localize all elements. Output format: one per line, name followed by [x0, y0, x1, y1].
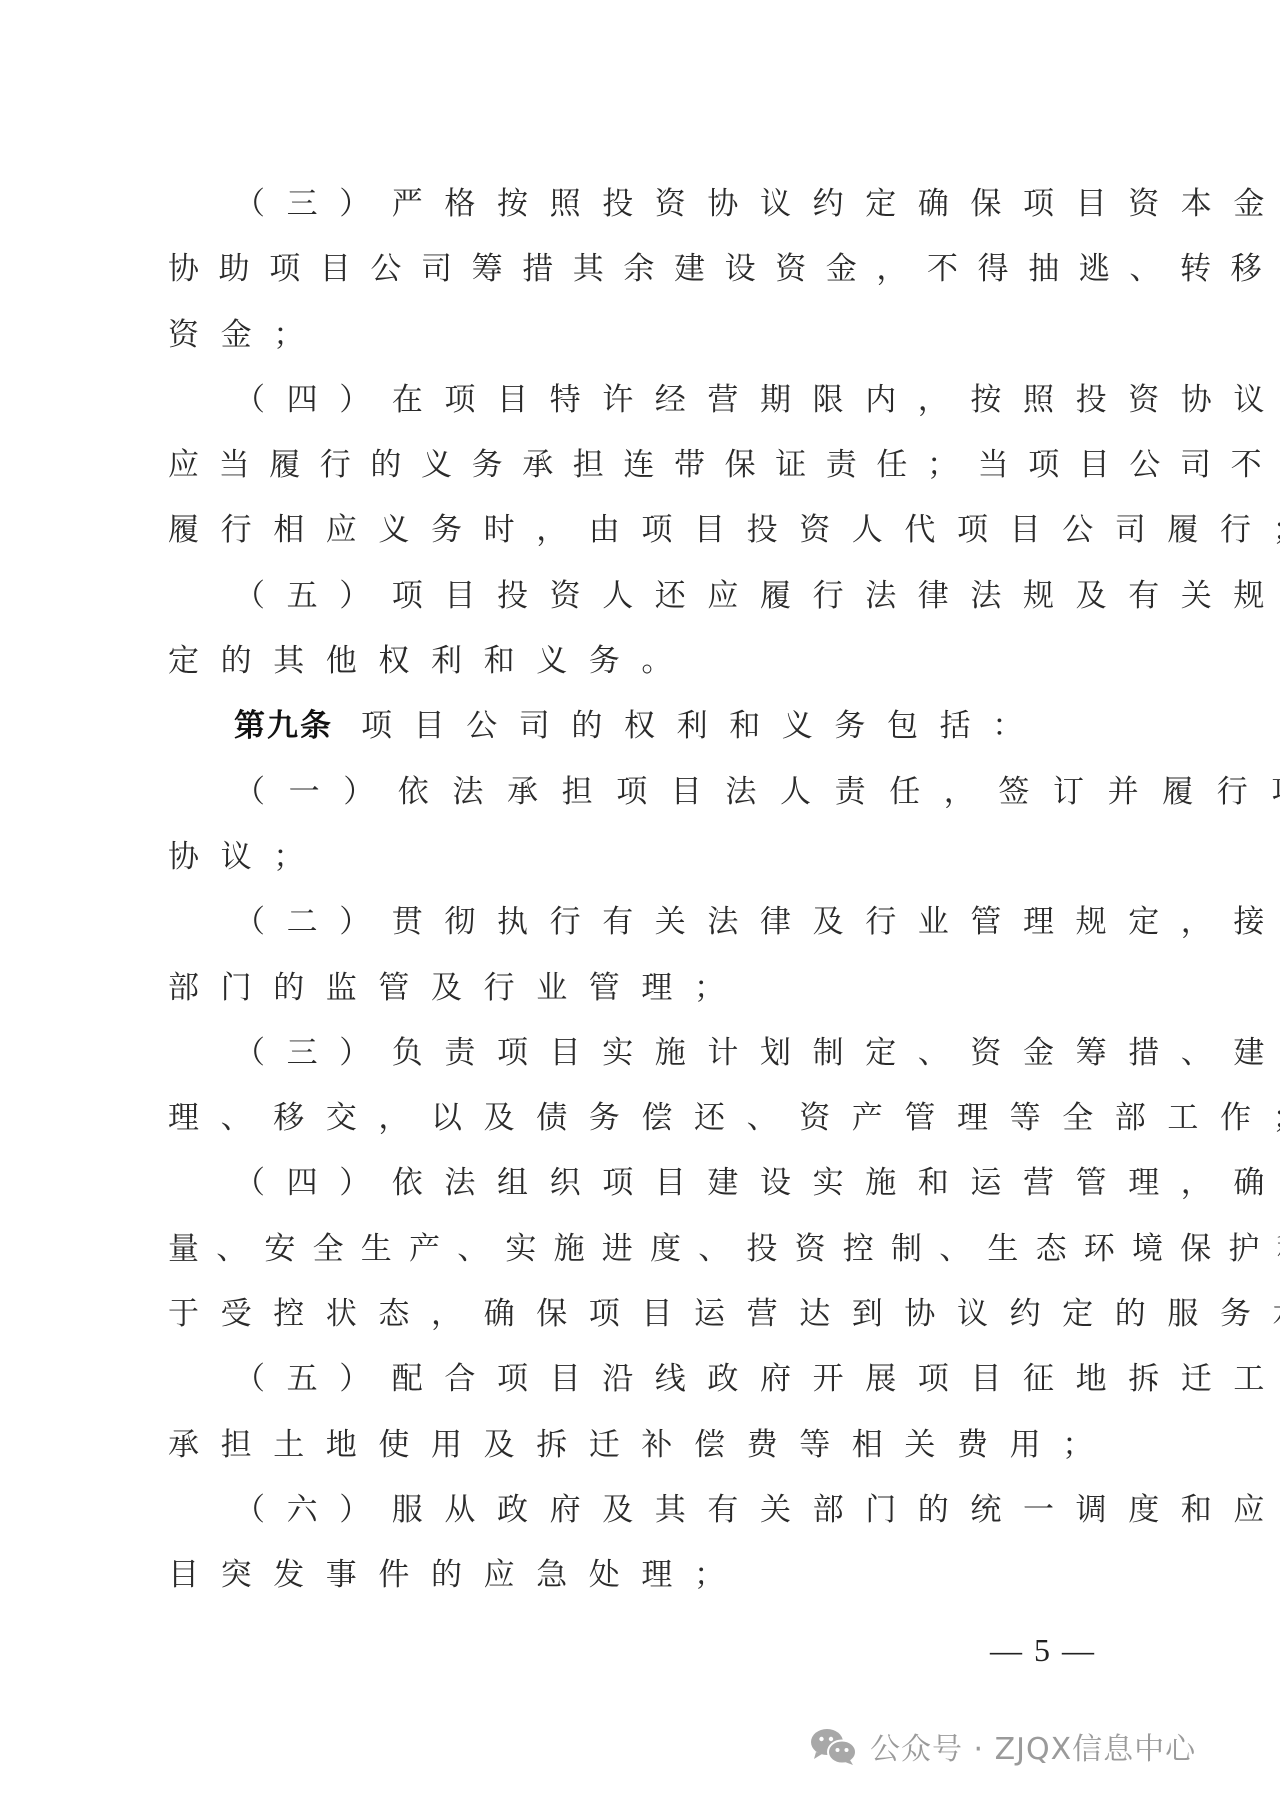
article-9-heading-line: 第九条项目公司的权利和义务包括： [168, 694, 1128, 759]
text-line: （四）在项目特许经营期限内，按照投资协议约定对项目公司 [168, 368, 1128, 433]
article-text: 项目公司的权利和义务包括： [361, 708, 1045, 744]
paragraph-company-1: （一）依法承担项目法人责任，签订并履行项目特许经营 协议； [168, 760, 1128, 891]
text-line: 协助项目公司筹措其余建设资金，不得抽逃、转移或挪用项目建设 [168, 237, 1128, 302]
text-line: 承担土地使用及拆迁补偿费等相关费用； [168, 1413, 1128, 1478]
text-line: 量、安全生产、实施进度、投资控制、生态环境保护和水土保持等处 [168, 1217, 1128, 1282]
text-line: （六）服从政府及其有关部门的统一调度和应急指挥，负责项 [168, 1478, 1128, 1543]
wechat-icon [808, 1726, 858, 1766]
paragraph-company-2: （二）贯彻执行有关法律及行业管理规定，接受政府及其组成 部门的监管及行业管理； [168, 890, 1128, 1021]
text-line: （二）贯彻执行有关法律及行业管理规定，接受政府及其组成 [168, 890, 1128, 955]
text-line: （三）负责项目实施计划制定、资金筹措、建设实施、运营管 [168, 1021, 1128, 1086]
text-line: 协议； [168, 825, 1128, 890]
paragraph-investor-4: （四）在项目特许经营期限内，按照投资协议约定对项目公司 应当履行的义务承担连带保… [168, 368, 1128, 564]
text-line: （一）依法承担项目法人责任，签订并履行项目特许经营 [168, 760, 1128, 825]
watermark-text: 公众号 · ZJQX信息中心 [870, 1724, 1196, 1768]
paragraph-investor-3: （三）严格按照投资协议约定确保项目资本金及时足额到位， 协助项目公司筹措其余建设… [168, 172, 1128, 368]
text-line: 应当履行的义务承担连带保证责任；当项目公司不履行或不完全 [168, 433, 1128, 498]
document-body: （三）严格按照投资协议约定确保项目资本金及时足额到位， 协助项目公司筹措其余建设… [168, 172, 1128, 1609]
watermark: 公众号 · ZJQX信息中心 [808, 1724, 1196, 1768]
text-line: 理、移交，以及债务偿还、资产管理等全部工作； [168, 1086, 1128, 1151]
article-number: 第九条 [234, 708, 333, 744]
paragraph-company-4: （四）依法组织项目建设实施和运营管理，确保项目的工程质 量、安全生产、实施进度、… [168, 1151, 1128, 1347]
paragraph-company-6: （六）服从政府及其有关部门的统一调度和应急指挥，负责项 目突发事件的应急处理； [168, 1478, 1128, 1609]
text-line: （五）配合项目沿线政府开展项目征地拆迁工作，按协议约定 [168, 1347, 1128, 1412]
page-number: — 5 — [990, 1632, 1096, 1669]
text-line: （四）依法组织项目建设实施和运营管理，确保项目的工程质 [168, 1151, 1128, 1216]
text-line: 于受控状态，确保项目运营达到协议约定的服务水平等级； [168, 1282, 1128, 1347]
text-line: （三）严格按照投资协议约定确保项目资本金及时足额到位， [168, 172, 1128, 237]
paragraph-company-5: （五）配合项目沿线政府开展项目征地拆迁工作，按协议约定 承担土地使用及拆迁补偿费… [168, 1347, 1128, 1478]
text-line: 资金； [168, 303, 1128, 368]
text-line: 目突发事件的应急处理； [168, 1543, 1128, 1608]
text-line: 履行相应义务时，由项目投资人代项目公司履行； [168, 498, 1128, 563]
text-line: 部门的监管及行业管理； [168, 956, 1128, 1021]
document-page: （三）严格按照投资协议约定确保项目资本金及时足额到位， 协助项目公司筹措其余建设… [0, 0, 1280, 1810]
paragraph-investor-5: （五）项目投资人还应履行法律法规及有关规定、投资协议约 定的其他权利和义务。 [168, 564, 1128, 695]
paragraph-company-3: （三）负责项目实施计划制定、资金筹措、建设实施、运营管 理、移交，以及债务偿还、… [168, 1021, 1128, 1152]
text-line: （五）项目投资人还应履行法律法规及有关规定、投资协议约 [168, 564, 1128, 629]
text-line: 定的其他权利和义务。 [168, 629, 1128, 694]
